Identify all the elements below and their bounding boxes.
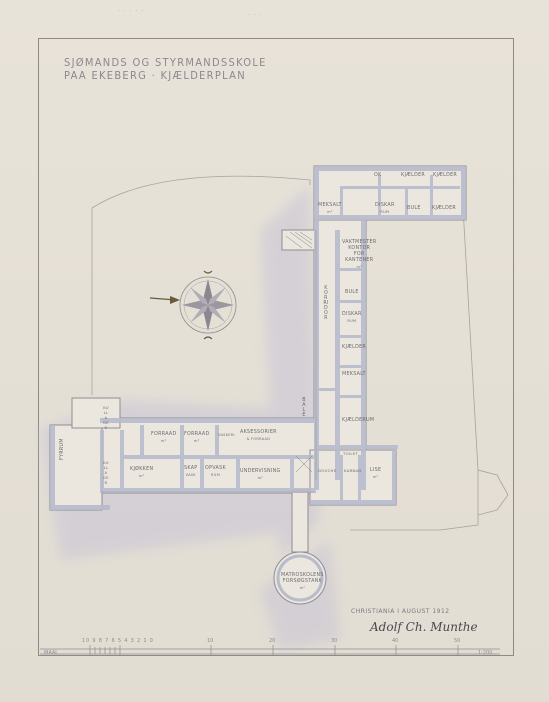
room-label: KJÆLDERUM <box>342 418 374 424</box>
room-label: KJÆLDER <box>432 206 456 212</box>
room-label: KARBAD <box>344 468 362 474</box>
room-label: DOUCHE <box>318 468 336 474</box>
room-label: KULLAGER <box>103 405 109 430</box>
apse-label: MATROSKOLENS FORSØGSTANKm² <box>281 573 324 591</box>
room-label: OK <box>374 173 382 179</box>
scale-fine-ticks: 10 9 8 7 6 5 4 3 2 1 0 <box>82 638 154 644</box>
room-label: BULE <box>407 206 421 212</box>
compass-rose-icon <box>180 271 236 339</box>
scale-bar-label: MAAL <box>44 650 58 656</box>
room-label: FORRAADm² <box>151 432 177 444</box>
room-label: BULE <box>345 290 359 296</box>
scale-bar <box>40 645 500 656</box>
room-label: MEKSALT <box>342 372 366 378</box>
room-label: KJØKKENm² <box>130 467 153 479</box>
room-label: DISKARRUM <box>342 312 362 324</box>
corridor-label: KORRIDOR <box>323 286 329 321</box>
drawing-sheet: · · · · · · · · SJØMANDS OG STYRMANDSSKO… <box>0 0 549 702</box>
drawing-date: CHRISTIANIA I AUGUST 1912 <box>351 608 450 615</box>
room-label: SKAPVASK <box>184 466 197 478</box>
scale-tick: 10 <box>207 638 213 644</box>
scale-tick: 30 <box>331 638 337 644</box>
north-arrow-icon <box>150 296 180 304</box>
room-label: VASKERI <box>218 432 235 438</box>
room-label: KJÆLDER <box>342 345 366 351</box>
scale-tick: 20 <box>269 638 275 644</box>
scale-tick: 50 <box>454 638 460 644</box>
room-label: AKSESSORIER& FORRAAD <box>240 430 277 442</box>
room-label: UNDERVISNINGm² <box>240 469 281 481</box>
room-label: VAKTMESTER KONTOR FOR KANTENERm² <box>342 240 376 270</box>
room-label: KULLAGER <box>103 460 109 485</box>
room-label: FORRAADm² <box>184 432 210 444</box>
architect-signature: Adolf Ch. Munthe <box>370 620 478 634</box>
floor-plan <box>0 0 549 702</box>
room-label: OPVASKRUM <box>205 466 226 478</box>
scale-tick: 40 <box>392 638 398 644</box>
room-label: TOILET <box>343 451 358 457</box>
room-label: KJÆLDER <box>401 173 425 179</box>
room-label: MEKSALTm² <box>318 203 342 215</box>
room-label: LISEm² <box>370 468 381 480</box>
room-label: FYRRUM <box>60 438 66 460</box>
scale-ratio: 1:200 <box>478 650 492 656</box>
room-label: KJÆLDER <box>433 173 457 179</box>
room-label: DISKARRUM <box>375 203 395 215</box>
room-label: BALE <box>301 398 307 418</box>
